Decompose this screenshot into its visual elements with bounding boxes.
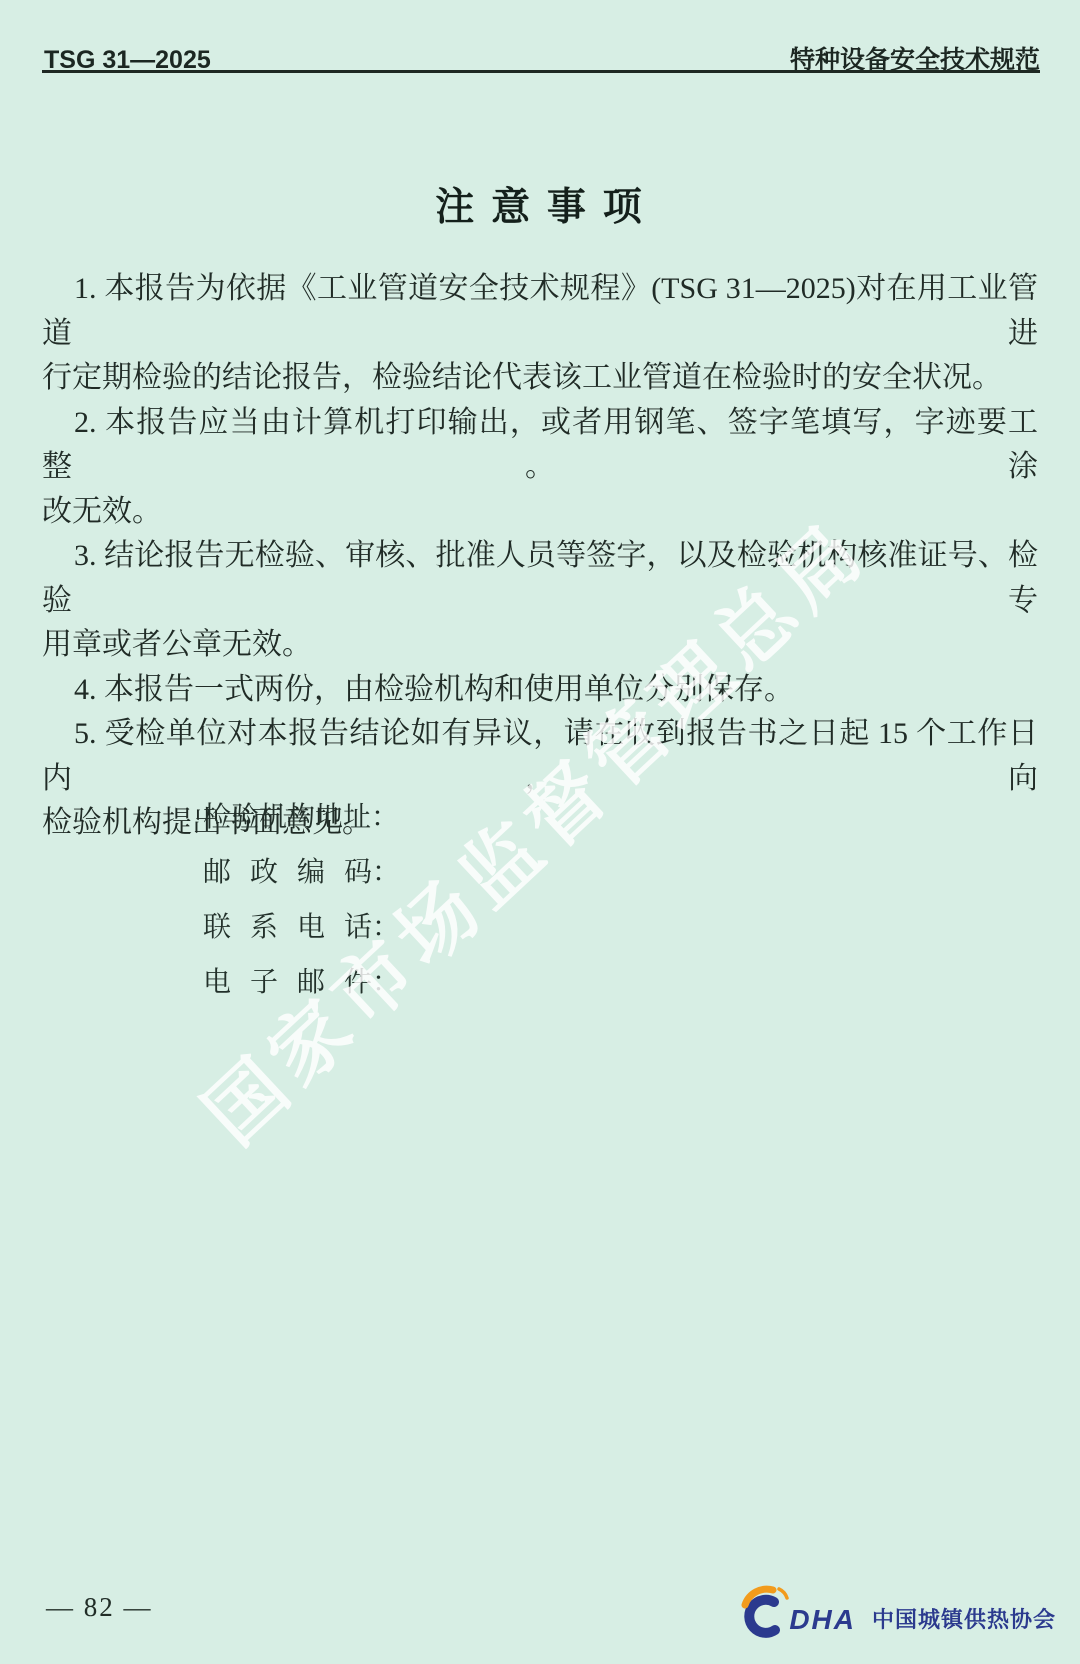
note-5-line-1: 5. 受检单位对本报告结论如有异议，请在收到报告书之日起 15 个工作日内，向 [42,712,1038,801]
header-rule [42,70,1040,73]
notes-section: 1. 本报告为依据《工业管道安全技术规程》(TSG 31—2025)对在用工业管… [42,267,1038,846]
contact-phone-colon: ： [372,900,400,955]
note-5-line-2: 检验机构提出书面意见。 [42,801,1038,846]
cdha-logo: DHA 中国城镇供热协会 [733,1583,1056,1643]
note-2-line-2: 改无效。 [42,490,1038,535]
contact-postcode-label: 邮政编码 [203,845,391,900]
note-3-line-2: 用章或者公章无效。 [42,623,1038,668]
page-title: 注 意 事 项 [0,176,1080,232]
contact-email-label: 电子邮件 [203,955,391,1010]
note-3-line-1: 3. 结论报告无检验、审核、批准人员等签字，以及检验机构核准证号、检验专 [42,534,1038,623]
page-number: — 82 — [46,1592,153,1623]
note-4-line-1: 4. 本报告一式两份，由检验机构和使用单位分别保存。 [42,668,1038,713]
contact-phone-label: 联系电话 [203,900,391,955]
contact-address-row: 检验机构地址： [203,790,400,845]
note-2-line-1: 2. 本报告应当由计算机打印输出，或者用钢笔、签字笔填写，字迹要工整。涂 [42,401,1038,490]
contact-email-colon: ： [372,955,400,1010]
contact-email-row: 电子邮件： [203,955,400,1010]
document-page: TSG 31—2025 特种设备安全技术规范 注 意 事 项 1. 本报告为依据… [0,0,1080,1664]
contact-phone-row: 联系电话： [203,900,400,955]
contact-postcode-colon: ： [372,845,400,900]
cdha-logo-org-name: 中国城镇供热协会 [872,1603,1056,1634]
contact-address-colon: ： [371,790,399,845]
contact-postcode-row: 邮政编码： [203,845,400,900]
note-1-line-1: 1. 本报告为依据《工业管道安全技术规程》(TSG 31—2025)对在用工业管… [42,267,1038,356]
cdha-logo-acronym: DHA [789,1604,856,1636]
contact-address-label: 检验机构地址 [203,790,371,845]
contact-section: 检验机构地址： 邮政编码： 联系电话： 电子邮件： [203,790,400,1010]
note-1-line-2: 行定期检验的结论报告，检验结论代表该工业管道在检验时的安全状况。 [42,356,1038,401]
